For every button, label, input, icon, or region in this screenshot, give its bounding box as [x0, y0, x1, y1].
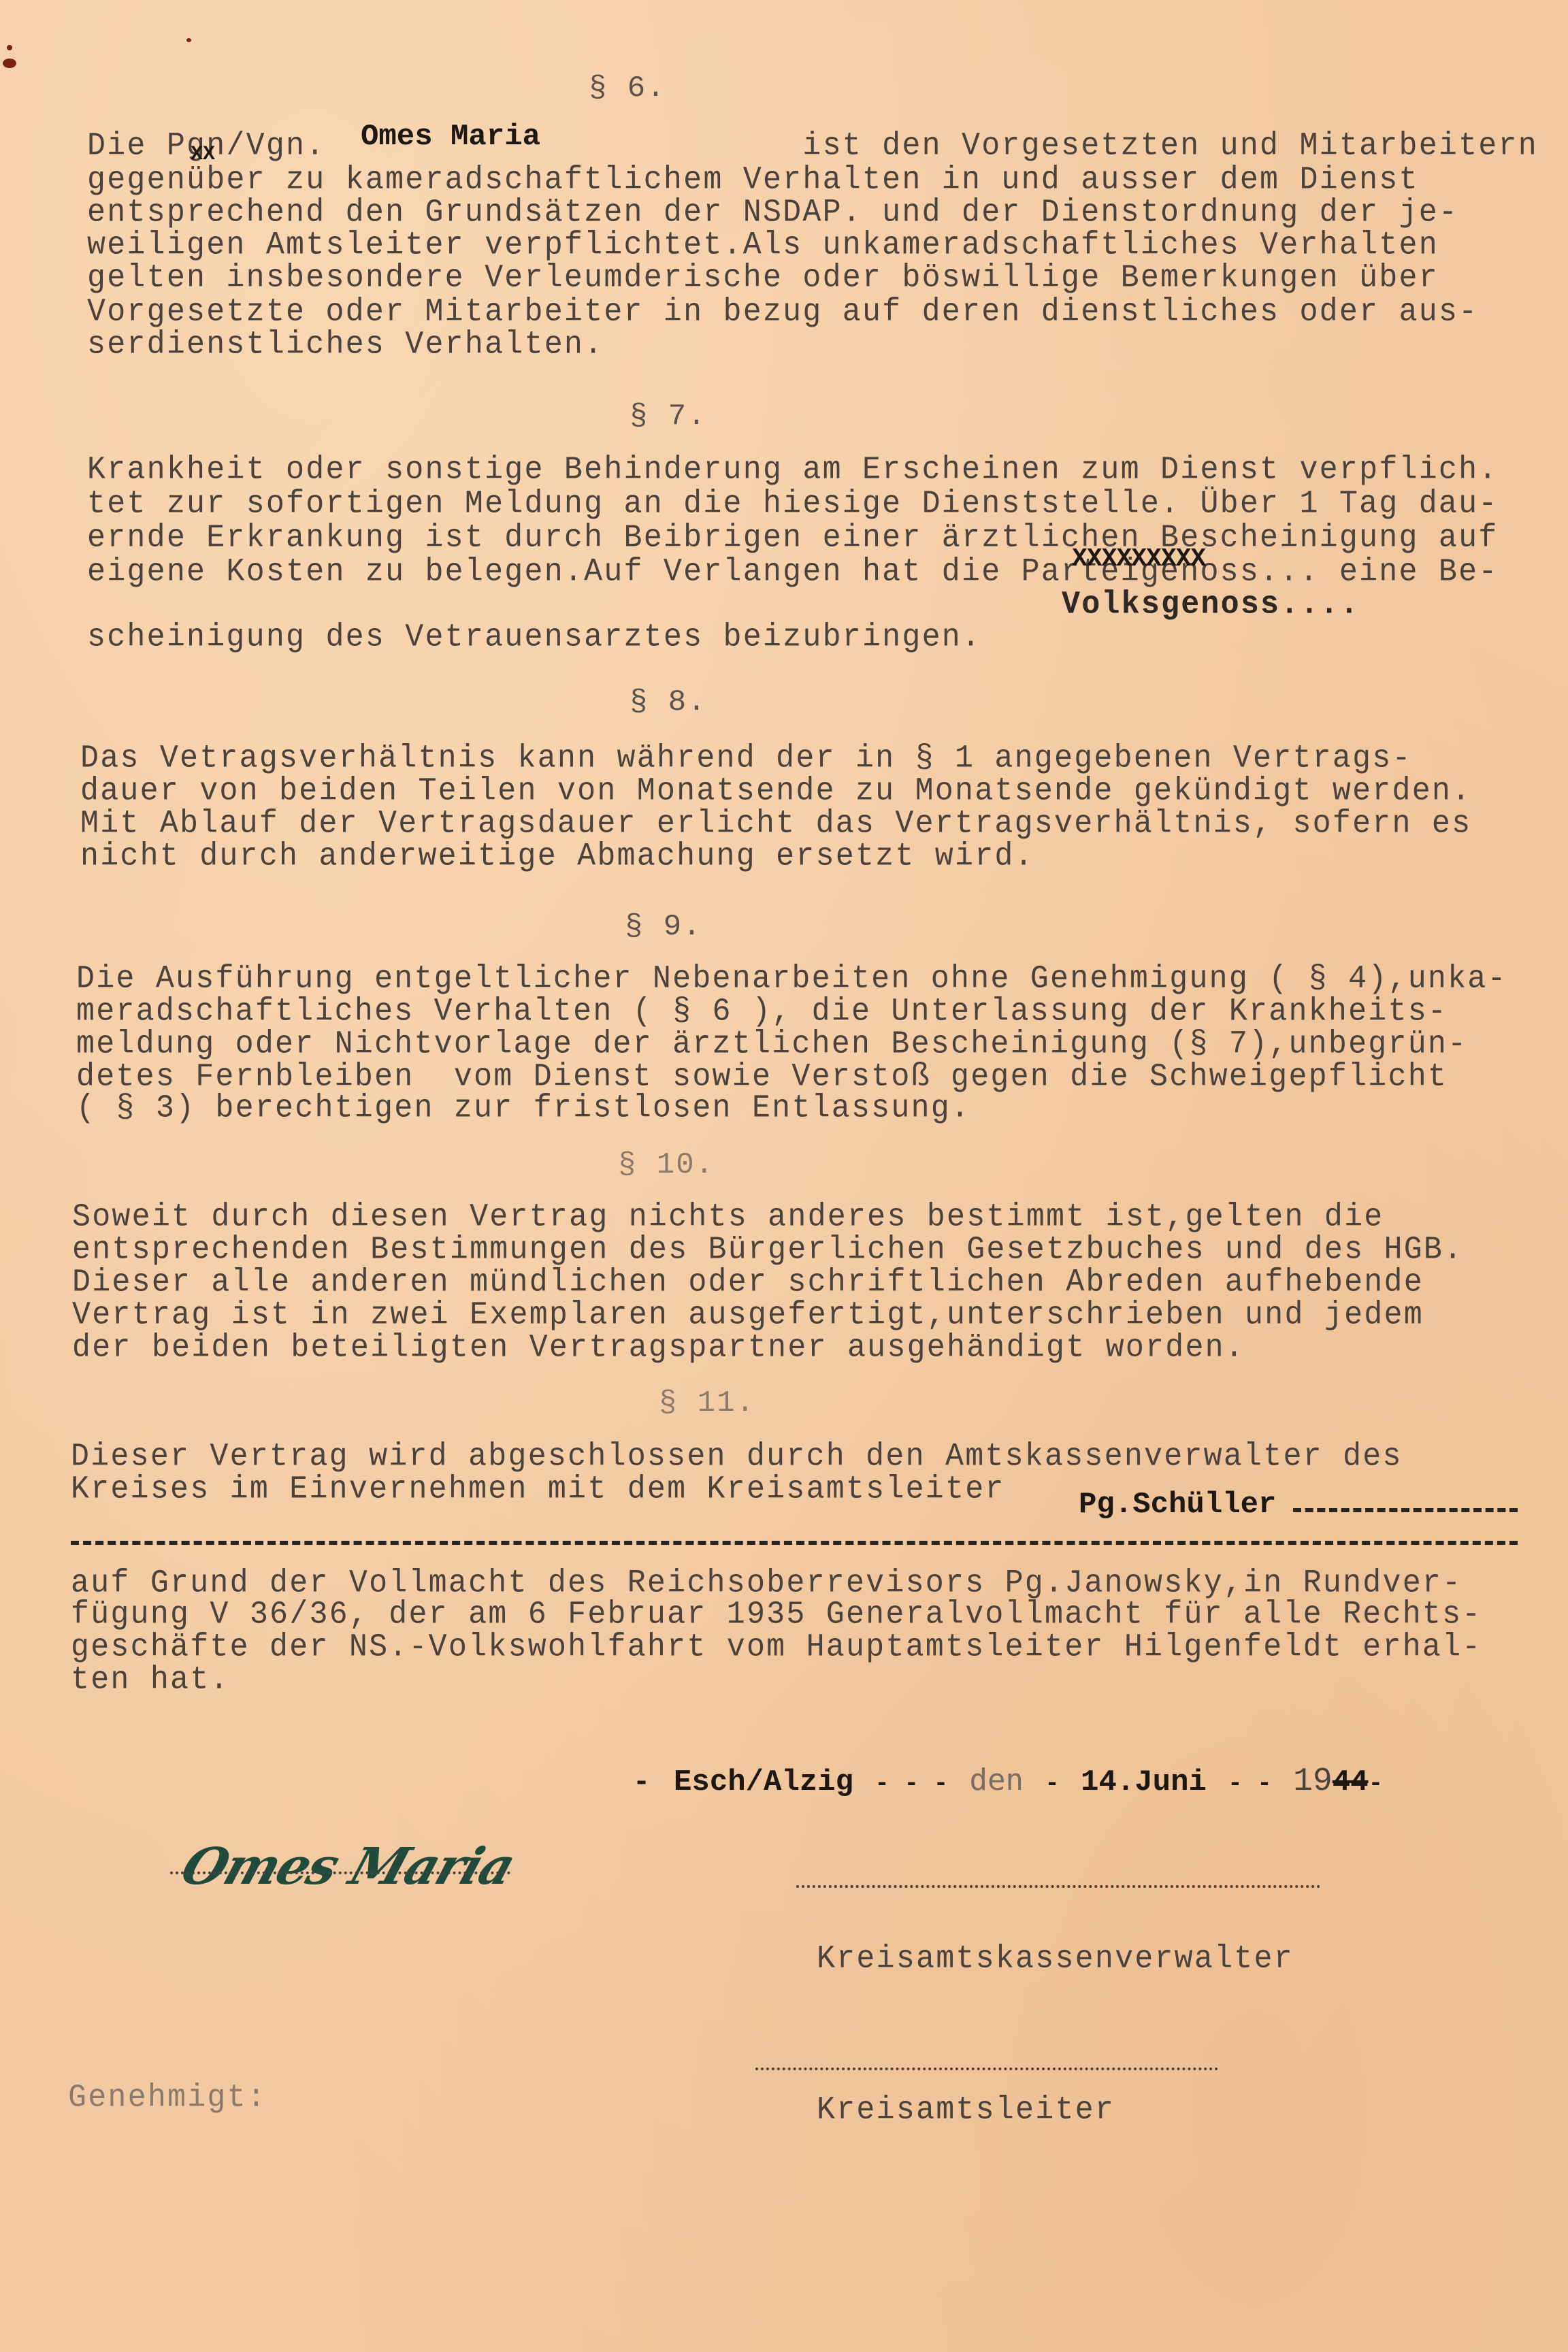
section-7-line-3: ernde Erkrankung ist durch Beibrigen ein…	[87, 522, 1499, 554]
section-10-line-5: der beiden beteiligten Vertragspartner a…	[72, 1332, 1245, 1364]
section-6-line-3: entsprechend den Grundsätzen der NSDAP. …	[87, 197, 1458, 229]
section-11-line-1: Dieser Vertrag wird abgeschlossen durch …	[71, 1441, 1403, 1473]
continuation-dashes	[71, 1541, 1518, 1545]
section-6-line-4: weiligen Amtsleiter verpflichtet.Als unk…	[87, 229, 1439, 261]
section-10-line-1: Soweit durch diesen Vertrag nichts ander…	[72, 1201, 1384, 1233]
ink-stain	[7, 45, 12, 50]
ink-stain	[3, 59, 16, 68]
section-heading-8: § 8.	[630, 687, 707, 717]
section-6-line-7: serdienstliches Verhalten.	[87, 329, 604, 361]
employee-name-field: Omes Maria	[361, 120, 540, 154]
section-11-line-6: ten hat.	[71, 1664, 230, 1696]
kreisamtskassenverwalter-signature-line	[796, 1885, 1320, 1888]
document-page: § 6. Die Pgn/Vgn. ist den Vorgesetzten u…	[0, 0, 1568, 2352]
section-6-line-1: Die Pgn/Vgn. ist den Vorgesetzten und Mi…	[87, 130, 1538, 162]
section-8-line-1: Das Vetragsverhältnis kann während der i…	[80, 742, 1412, 774]
place-date-row: - Esch/Alzig - - - den - 14.Juni - - 194…	[633, 1763, 1383, 1800]
section-6-line-5: gelten insbesondere Verleumderische oder…	[87, 262, 1439, 294]
section-heading-7: § 7.	[630, 402, 707, 431]
section-7-line-4: eigene Kosten zu belegen.Auf Verlangen h…	[87, 556, 1499, 588]
section-9-line-2: meradschaftliches Verhalten ( § 6 ), die…	[76, 996, 1448, 1028]
section-6-line-2: gegenüber zu kameradschaftlichem Verhalt…	[87, 164, 1419, 196]
ink-stain	[186, 38, 191, 42]
place-field: Esch/Alzig	[674, 1765, 853, 1799]
section-7-line-1: Krankheit oder sonstige Behinderung am E…	[87, 454, 1499, 486]
name-fill-dashes	[1293, 1508, 1518, 1512]
section-heading-10: § 10.	[618, 1150, 715, 1180]
section-9-line-4: detes Fernbleiben vom Dienst sowie Verst…	[76, 1061, 1448, 1093]
kreisamtsleiter-signature-line	[755, 2068, 1218, 2070]
section-11-line-3: auf Grund der Vollmacht des Reichsoberre…	[71, 1567, 1462, 1599]
year-field: 44	[1333, 1765, 1369, 1799]
section-10-line-4: Vertrag ist in zwei Exemplaren ausgefert…	[72, 1299, 1424, 1331]
section-11-line-2: Kreises im Einvernehmen mit dem Kreisamt…	[71, 1473, 1005, 1505]
kreisamtsleiter-name-field: Pg.Schüller	[1079, 1488, 1276, 1522]
date-connector: den	[970, 1763, 1024, 1797]
struck-party-member: XXXXXXXXX	[1072, 544, 1205, 574]
section-8-line-4: nicht durch anderweitige Abmachung erset…	[80, 840, 1034, 872]
section-10-line-3: Dieser alle anderen mündlichen oder schr…	[72, 1267, 1424, 1298]
section-6-line-6: Vorgesetzte oder Mitarbeiter in bezug au…	[87, 296, 1478, 328]
section-7-line-2: tet zur sofortigen Meldung an die hiesig…	[87, 488, 1499, 520]
section-heading-9: § 9.	[625, 912, 702, 942]
section-7-line-5: scheinigung des Vetrauensarztes beizubri…	[87, 621, 981, 653]
kreisamtskassenverwalter-label: Kreisamtskassenverwalter	[817, 1943, 1294, 1975]
kreisamtsleiter-label: Kreisamtsleiter	[817, 2094, 1115, 2126]
approval-label: Genehmigt:	[68, 2082, 267, 2114]
section-11-line-4: fügung V 36/36, der am 6 Februar 1935 Ge…	[71, 1599, 1482, 1631]
alternative-term: Volksgenoss....	[1062, 589, 1360, 621]
section-10-line-2: entsprechenden Bestimmungen des Bürgerli…	[72, 1234, 1463, 1266]
section-8-line-3: Mit Ablauf der Vertragsdauer erlicht das…	[80, 808, 1471, 840]
section-9-line-5: ( § 3) berechtigen zur fristlosen Entlas…	[76, 1092, 970, 1124]
section-heading-6: § 6.	[589, 73, 666, 103]
section-9-line-1: Die Ausführung entgeltlicher Nebenarbeit…	[76, 963, 1507, 995]
employee-signature-line	[170, 1872, 510, 1874]
section-heading-11: § 11.	[659, 1388, 755, 1418]
section-11-line-5: geschäfte der NS.-Volkswohlfahrt vom Hau…	[71, 1631, 1482, 1663]
section-8-line-2: dauer von beiden Teilen von Monatsende z…	[80, 775, 1471, 807]
date-field: 14.Juni	[1081, 1765, 1207, 1799]
year-prefix: 19	[1293, 1763, 1333, 1800]
section-9-line-3: meldung oder Nichtvorlage der ärztlichen…	[76, 1028, 1467, 1060]
employee-signature: Omes Maria	[174, 1837, 521, 1896]
